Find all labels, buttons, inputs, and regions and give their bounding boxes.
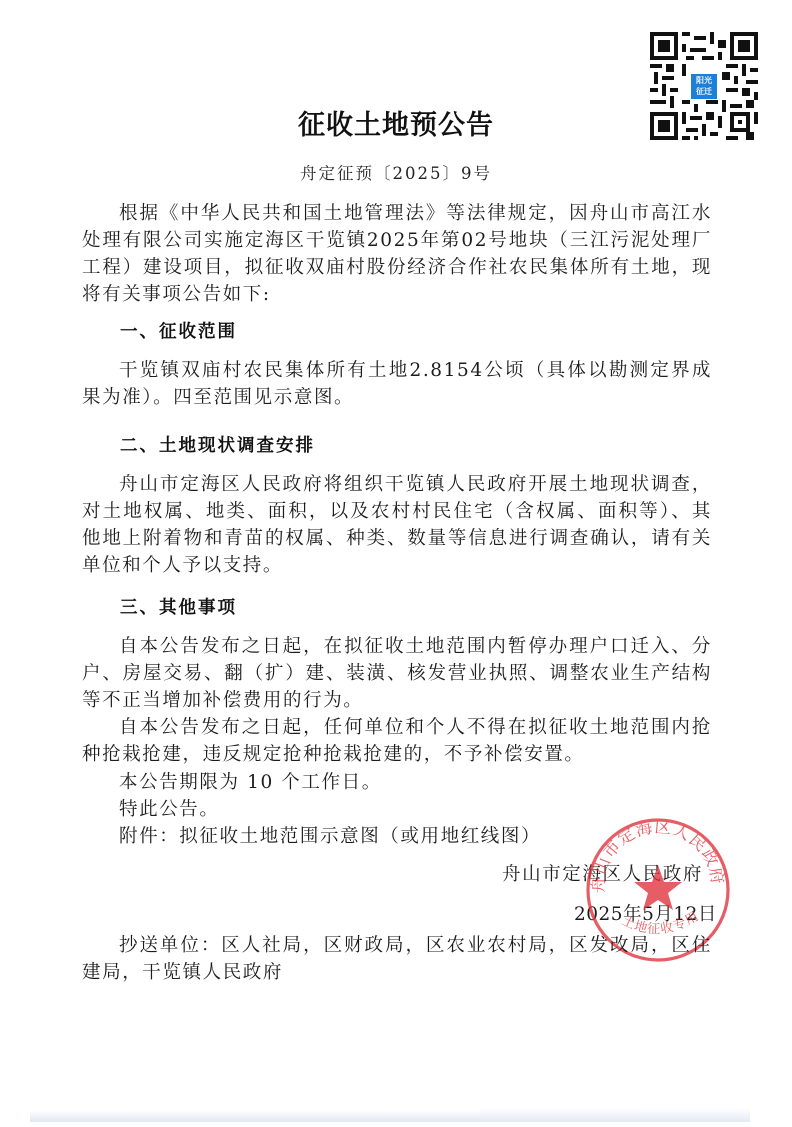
notice-period: 本公告期限为 10 个工作日。 bbox=[119, 768, 382, 794]
document-number: 舟定征预〔2025〕9号 bbox=[0, 160, 792, 184]
section-other-paragraph-2: 自本公告发布之日起，任何单位和个人不得在拟征收土地范围内抢种抢栽抢建，违反规定抢… bbox=[82, 714, 712, 768]
intro-paragraph: 根据《中华人民共和国土地管理法》等法律规定，因舟山市高江水处理有限公司实施定海区… bbox=[82, 200, 712, 308]
qr-badge: 阳光 征迁 bbox=[691, 74, 717, 99]
section-heading-scope: 一、征收范围 bbox=[120, 318, 237, 343]
section-survey-paragraph: 舟山市定海区人民政府将组织干览镇人民政府开展土地现状调查，对土地权属、地类、面积… bbox=[82, 471, 712, 579]
qr-badge-line-1: 阳光 bbox=[691, 75, 717, 86]
scan-edge-artifact bbox=[30, 1110, 480, 1122]
section-other-paragraph-1: 自本公告发布之日起，在拟征收土地范围内暂停办理户口迁入、分户、房屋交易、翻（扩）… bbox=[82, 633, 712, 714]
attachment-link[interactable]: 附件：拟征收土地范围示意图（或用地红线图） bbox=[119, 822, 541, 848]
issuer-name: 舟山市定海区人民政府 bbox=[502, 860, 703, 886]
notice-closing: 特此公告。 bbox=[119, 795, 220, 821]
scan-edge-artifact-2 bbox=[480, 1108, 750, 1122]
section-heading-other: 三、其他事项 bbox=[120, 594, 237, 619]
qr-badge-line-2: 征迁 bbox=[691, 86, 717, 97]
section-scope-paragraph: 干览镇双庙村农民集体所有土地2.8154公顷（具体以勘测定界成果为准）。四至范围… bbox=[82, 357, 712, 411]
section-heading-survey: 二、土地现状调查安排 bbox=[120, 432, 315, 457]
cc-recipients: 抄送单位：区人社局，区财政局，区农业农村局，区发改局，区住建局，干览镇人民政府 bbox=[82, 932, 712, 986]
document-title: 征收土地预公告 bbox=[0, 103, 792, 142]
document-page: 阳光 征迁 征收土地预公告 舟定征预〔2025〕9号 根据《中华人民共和国土地管… bbox=[0, 0, 792, 1127]
issue-date: 2025年5月12日 bbox=[574, 900, 717, 926]
